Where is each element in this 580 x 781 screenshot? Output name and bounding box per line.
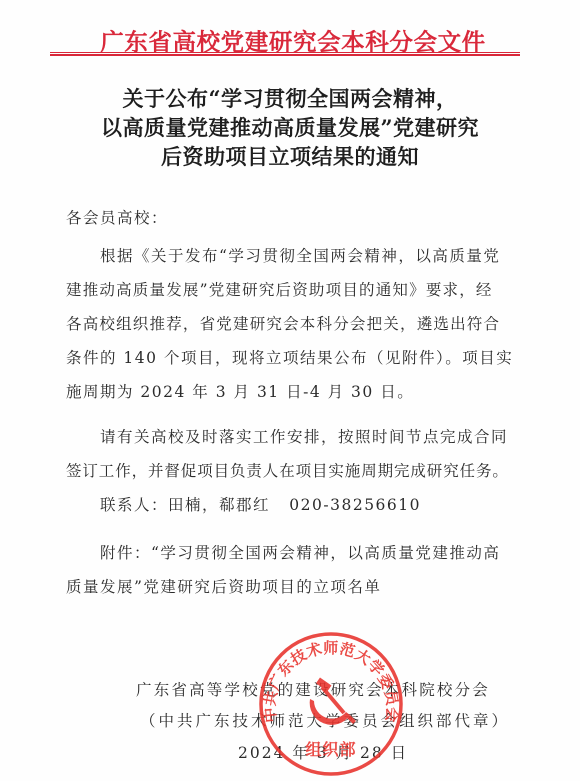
official-seal: 中共广东技术师范大学委员会 组织部 (258, 631, 404, 777)
attachment-line-2: 质量发展”党建研究后资助项目的立项名单 (66, 575, 381, 597)
paragraph-1-line-3: 各高校组织推荐，省党建研究会本科分会把关，遴选出符合 (66, 312, 500, 334)
document-title-line-3: 后资助项目立项结果的通知 (0, 142, 580, 171)
hammer-sickle-icon (310, 678, 356, 725)
seal-center-text: 组织部 (305, 740, 356, 759)
contact-line: 联系人：田楠，郗郡红 020-38256610 (100, 493, 421, 515)
document-title-line-1: 关于公布“学习贯彻全国两会精神， (0, 84, 580, 113)
paragraph-2-line-2: 签订工作，并督促项目负责人在项目实施周期完成研究任务。 (66, 459, 509, 481)
paragraph-1-line-5: 施周期为 2024 年 3 月 31 日-4 月 30 日。 (66, 380, 414, 402)
seal-ring-text: 中共广东技术师范大学委员会 (261, 639, 402, 723)
document-title: 关于公布“学习贯彻全国两会精神， 以高质量党建推动高质量发展”党建研究 后资助项… (0, 84, 580, 171)
paragraph-1-line-4: 条件的 140 个项目，现将立项结果公布（见附件）。项目实 (66, 346, 513, 368)
paragraph-2-line-1: 请有关高校及时落实工作安排，按照时间节点完成合同 (100, 425, 508, 447)
paragraph-1-line-2: 建推动高质量发展”党建研究后资助项目的通知》要求，经 (66, 278, 493, 300)
attachment-line-1: 附件：“学习贯彻全国两会精神，以高质量党建推动高 (100, 541, 500, 563)
salutation: 各会员高校： (66, 206, 168, 228)
header-divider-thick (50, 54, 520, 56)
header-divider (50, 52, 520, 53)
svg-text:中共广东技术师范大学委员会: 中共广东技术师范大学委员会 (261, 639, 402, 723)
document-title-line-2: 以高质量党建推动高质量发展”党建研究 (0, 113, 580, 142)
paragraph-1-line-1: 根据《关于发布“学习贯彻全国两会精神，以高质量党 (100, 244, 500, 266)
